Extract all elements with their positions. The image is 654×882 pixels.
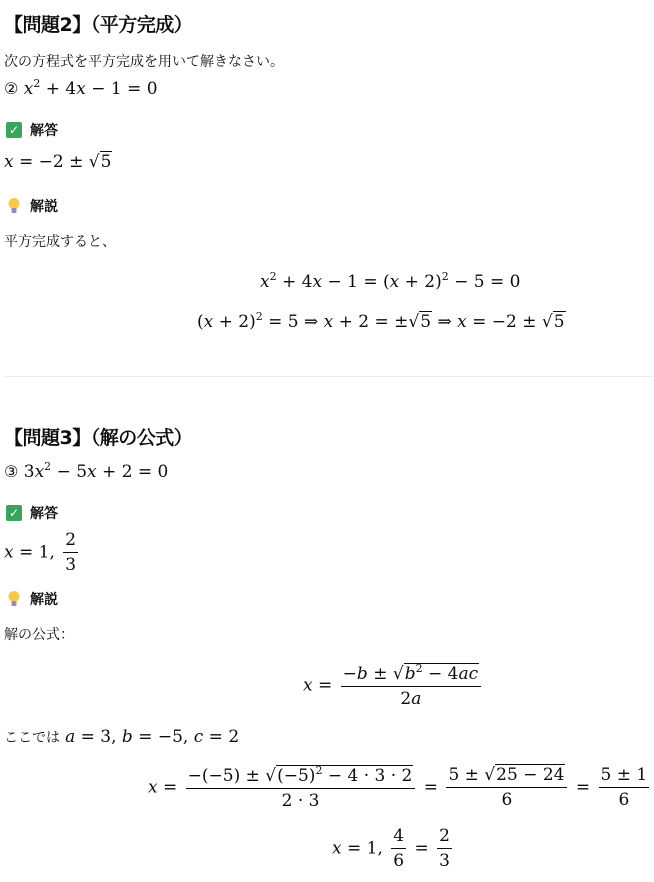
problem3-step-2: x = 1, 46 = 23	[332, 826, 455, 872]
quadratic-formula: x = −b ± √b2 − 4ac2a	[303, 662, 484, 710]
problem3-title: 【問題3】（解の公式）	[4, 423, 192, 450]
problem3-equation: ③ 3x2 − 5x + 2 = 0	[4, 460, 168, 482]
problem2-step-1: x2 + 4x − 1 = (x + 2)2 − 5 = 0	[260, 270, 520, 292]
substitution-prefix: ここでは	[4, 730, 60, 746]
problem2-answer: x = −2 ± √5	[4, 152, 112, 172]
problem2-explanation-heading: 解説	[6, 196, 58, 216]
problem3-answer-heading: ✓ 解答	[6, 503, 58, 523]
problem2-explanation-intro: 平方完成すると、	[4, 231, 116, 251]
light-bulb-icon	[6, 197, 22, 215]
problem2-instruction: 次の方程式を平方完成を用いて解きなさい。	[4, 51, 284, 71]
answer-label: 解答	[30, 503, 58, 523]
problem2-title: 【問題2】（平方完成）	[4, 10, 192, 37]
check-mark-icon: ✓	[6, 122, 22, 138]
problem3-explanation-intro: 解の公式：	[4, 624, 74, 644]
problem3-step-1: x = −(−5) ± √(−5)2 − 4 · 3 · 22 · 3 = 5 …	[148, 764, 652, 812]
section-divider	[4, 376, 654, 377]
problem3-answer: x = 1, 23	[4, 530, 81, 576]
problem2-step-2: (x + 2)2 = 5 ⇒ x + 2 = ±√5 ⇒ x = −2 ± √5	[197, 310, 566, 332]
answer-label: 解答	[30, 120, 58, 140]
light-bulb-icon	[6, 590, 22, 608]
problem3-substitution: ここでは a = 3, b = −5, c = 2	[4, 727, 239, 747]
problem2-equation: ② x2 + 4x − 1 = 0	[4, 77, 158, 99]
problem3-number: ③	[4, 462, 18, 481]
check-mark-icon: ✓	[6, 505, 22, 521]
problem2-answer-heading: ✓ 解答	[6, 120, 58, 140]
explanation-label: 解説	[30, 196, 58, 216]
problem2-number: ②	[4, 79, 18, 98]
problem3-explanation-heading: 解説	[6, 589, 58, 609]
explanation-label: 解説	[30, 589, 58, 609]
